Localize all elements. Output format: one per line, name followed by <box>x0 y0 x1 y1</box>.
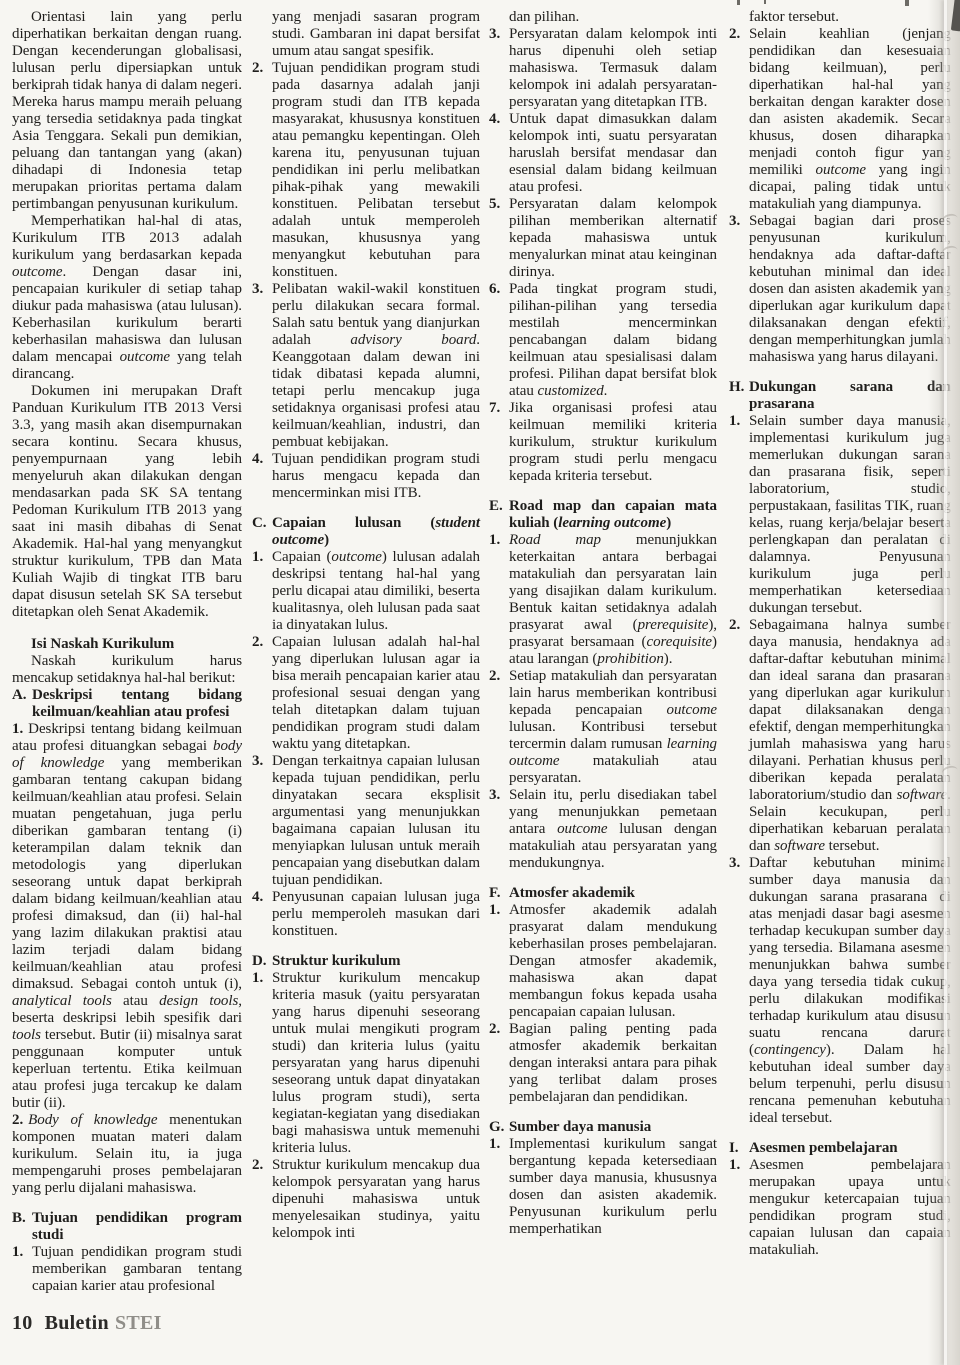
list-item: 2.Struktur kurikulum mencakup dua kelomp… <box>252 1157 480 1242</box>
item-number: 2. <box>489 668 500 685</box>
section-heading: C.Capaian lulusan (student outcome) <box>252 515 480 549</box>
list-item: 3.Dengan terkaitnya capaian lulusan kepa… <box>252 753 480 889</box>
item-number: 1. <box>12 721 28 737</box>
paragraph: Memperhatikan hal-hal di atas, Kurikulum… <box>12 213 242 383</box>
item-number: 2. <box>252 634 263 651</box>
block-text: Deskripsi tentang bidang keilmuan/keahli… <box>32 687 242 720</box>
item-number: 1. <box>729 413 740 430</box>
block-text: Struktur kurikulum <box>272 953 400 969</box>
item-number: 2. <box>252 60 263 77</box>
heading-label: C. <box>252 515 266 532</box>
item-number: 5. <box>489 196 500 213</box>
section-heading: F.Atmosfer akademik <box>489 885 717 902</box>
block-text: Tujuan pendidikan program studi harus me… <box>272 451 480 501</box>
list-item: 1.Atmosfer akademik adalah prasyarat dal… <box>489 902 717 1021</box>
list-item: 2.Capaian lulusan adalah hal-hal yang di… <box>252 634 480 753</box>
block-text: Sebagaimana halnya sumber daya manusia, … <box>749 617 951 854</box>
heading-label: E. <box>489 498 503 515</box>
block-text: yang menjadi sasaran program studi. Gamb… <box>272 9 480 59</box>
list-item: 3.Selain itu, perlu disediakan tabel yan… <box>489 787 717 872</box>
paragraph: Dokumen ini merupakan Draft Panduan Kuri… <box>12 383 242 621</box>
list-item: 2.Tujuan pendidikan program studi pada d… <box>252 60 480 281</box>
item-number: 2. <box>489 1021 500 1038</box>
item-number: 7. <box>489 400 500 417</box>
list-item: 2.Sebagaimana halnya sumber daya manusia… <box>729 617 951 855</box>
list-item: 1.Asesmen pembelajaran merupakan upaya u… <box>729 1157 951 1259</box>
heading-label: B. <box>12 1210 26 1227</box>
list-item: 3.Persyaratan dalam kelompok inti harus … <box>489 26 717 111</box>
block-text: Capaian lulusan (student outcome) <box>272 515 480 548</box>
item-number: 4. <box>252 889 263 906</box>
block-text: Asesmen pembelajaran <box>749 1140 898 1156</box>
scan-edge-highlight <box>944 0 947 1365</box>
block-text: Persyaratan dalam kelompok inti harus di… <box>509 26 717 110</box>
continuation-paragraph: faktor tersebut. <box>729 9 951 26</box>
footer-bulletin-suffix: STEI <box>115 1312 162 1334</box>
item-number: 2. <box>729 26 740 43</box>
block-text: Pelibatan wakil-wakil konstituen perlu d… <box>272 281 480 450</box>
text-column-4: faktor tersebut.2.Selain keahlian (jenja… <box>729 9 951 1259</box>
item-number: 2. <box>729 617 740 634</box>
scan-top-artifact <box>737 0 740 5</box>
section-heading: H.Dukungan sarana dan prasarana <box>729 379 951 413</box>
block-text: Setiap matakuliah dan persyaratan lain h… <box>509 668 717 786</box>
section-heading: D.Struktur kurikulum <box>252 953 480 970</box>
block-text: Bagian paling penting pada atmosfer akad… <box>509 1021 717 1105</box>
heading-label: D. <box>252 953 266 970</box>
item-number: 2. <box>252 1157 263 1174</box>
page-scan: Orientasi lain yang perlu diperhatikan b… <box>0 0 960 1365</box>
block-text: Atmosfer akademik <box>509 885 635 901</box>
block-text: Road map menunjukkan keterkaitan antara … <box>509 532 717 667</box>
block-text: Penyusunan capaian lulusan juga perlu me… <box>272 889 480 939</box>
item-number: 1. <box>489 1136 500 1153</box>
block-text: Tujuan pendidikan program studi memberik… <box>32 1244 242 1294</box>
footer: 10BuletinSTEI <box>12 1312 162 1335</box>
footer-bulletin-title: Buletin <box>45 1312 109 1334</box>
paragraph: Orientasi lain yang perlu diperhatikan b… <box>12 9 242 213</box>
block-text: Road map dan capaian mata kuliah (learni… <box>509 498 717 531</box>
section-heading: E.Road map dan capaian mata kuliah (lear… <box>489 498 717 532</box>
section-heading: G.Sumber daya manusia <box>489 1119 717 1136</box>
block-text: Sumber daya manusia <box>509 1119 651 1135</box>
section-subheading: Isi Naskah Kurikulum <box>12 636 242 653</box>
block-text: Persyaratan dalam kelompok pilihan membe… <box>509 196 717 280</box>
section-heading: A.Deskripsi tentang bidang keilmuan/keah… <box>12 687 242 721</box>
block-text: Dokumen ini merupakan Draft Panduan Kuri… <box>12 383 242 620</box>
heading-label: H. <box>729 379 744 396</box>
list-item: 4.Penyusunan capaian lulusan juga perlu … <box>252 889 480 940</box>
block-text: faktor tersebut. <box>749 9 839 25</box>
item-number: 1. <box>489 902 500 919</box>
list-item: 1.Implementasi kurikulum sangat bergantu… <box>489 1136 717 1238</box>
section-heading: I.Asesmen pembelajaran <box>729 1140 951 1157</box>
item-number: 4. <box>252 451 263 468</box>
item-number: 6. <box>489 281 500 298</box>
list-item: 1.Tujuan pendidikan program studi member… <box>12 1244 242 1295</box>
section-heading: B.Tujuan pendidikan program studi <box>12 1210 242 1244</box>
paragraph: Naskah kurikulum harus mencakup setidakn… <box>12 653 242 687</box>
block-text: Atmosfer akademik adalah prasyarat dalam… <box>509 902 717 1020</box>
item-number: 3. <box>252 753 263 770</box>
item-number: 3. <box>252 281 263 298</box>
block-text: Struktur kurikulum mencakup dua kelompok… <box>272 1157 480 1241</box>
block-text: Capaian lulusan adalah hal-hal yang dipe… <box>272 634 480 752</box>
block-text: Tujuan pendidikan program studi pada das… <box>272 60 480 280</box>
block-text: Struktur kurikulum mencakup kriteria mas… <box>272 970 480 1156</box>
list-item: 1.Deskripsi tentang bidang keilmuan atau… <box>12 721 242 1112</box>
heading-label: I. <box>729 1140 739 1157</box>
block-text: Naskah kurikulum harus mencakup setidakn… <box>12 653 242 686</box>
list-item: 6.Pada tingkat program studi, pilihan-pi… <box>489 281 717 400</box>
item-number: 1. <box>252 549 263 566</box>
continuation-paragraph: dan pilihan. <box>489 9 717 26</box>
item-number: 3. <box>729 213 740 230</box>
block-text: Asesmen pembelajaran merupakan upaya unt… <box>749 1157 951 1258</box>
scan-top-artifact <box>905 0 909 6</box>
block-text: Implementasi kurikulum sangat bergantung… <box>509 1136 717 1237</box>
list-item: 1.Selain sumber daya manusia, implementa… <box>729 413 951 617</box>
block-text: Daftar kebutuhan minimal sumber daya man… <box>749 855 951 1126</box>
block-text: Orientasi lain yang perlu diperhatikan b… <box>12 9 242 212</box>
block-text: Jika organisasi profesi atau keilmuan me… <box>509 400 717 484</box>
heading-label: G. <box>489 1119 504 1136</box>
list-item: 3.Pelibatan wakil-wakil konstituen perlu… <box>252 281 480 451</box>
list-item: 4.Untuk dapat dimasukkan dalam kelompok … <box>489 111 717 196</box>
block-text: Dukungan sarana dan prasarana <box>749 379 951 412</box>
block-text: Deskripsi tentang bidang keilmuan atau p… <box>12 721 242 1111</box>
list-item: 1.Road map menunjukkan keterkaitan antar… <box>489 532 717 668</box>
block-text: Sebagai bagian dari proses penyusunan ku… <box>749 213 951 365</box>
block-text: Selain sumber daya manusia, implementasi… <box>749 413 951 616</box>
list-item: 1.Capaian (outcome) lulusan adalah deskr… <box>252 549 480 634</box>
text-column-2: yang menjadi sasaran program studi. Gamb… <box>252 9 480 1242</box>
block-text: Capaian (outcome) lulusan adalah deskrip… <box>272 549 480 633</box>
list-item: 2.Body of knowledge menentukan komponen … <box>12 1112 242 1197</box>
continuation-paragraph: yang menjadi sasaran program studi. Gamb… <box>252 9 480 60</box>
item-number: 3. <box>729 855 740 872</box>
item-number: 1. <box>729 1157 740 1174</box>
list-item: 1.Struktur kurikulum mencakup kriteria m… <box>252 970 480 1157</box>
heading-label: A. <box>12 687 26 704</box>
block-text: Pada tingkat program studi, pilihan-pili… <box>509 281 717 399</box>
list-item: 5.Persyaratan dalam kelompok pilihan mem… <box>489 196 717 281</box>
scan-top-artifact <box>764 0 766 4</box>
item-number: 1. <box>12 1244 23 1261</box>
item-number: 1. <box>489 532 500 549</box>
list-item: 2.Setiap matakuliah dan persyaratan lain… <box>489 668 717 787</box>
list-item: 4.Tujuan pendidikan program studi harus … <box>252 451 480 502</box>
heading-label: F. <box>489 885 500 902</box>
block-text: Selain itu, perlu disediakan tabel yang … <box>509 787 717 871</box>
list-item: 3.Sebagai bagian dari proses penyusunan … <box>729 213 951 366</box>
block-text: Memperhatikan hal-hal di atas, Kurikulum… <box>12 213 242 382</box>
block-text: Tujuan pendidikan program studi <box>32 1210 242 1243</box>
list-item: 3.Daftar kebutuhan minimal sumber daya m… <box>729 855 951 1127</box>
text-column-3: dan pilihan.3.Persyaratan dalam kelompok… <box>489 9 717 1238</box>
block-text: Dengan terkaitnya capaian lulusan kepada… <box>272 753 480 888</box>
list-item: 7.Jika organisasi profesi atau keilmuan … <box>489 400 717 485</box>
block-text: Body of knowledge menentukan komponen mu… <box>12 1112 242 1196</box>
page-number: 10 <box>12 1312 33 1334</box>
block-text: Untuk dapat dimasukkan dalam kelompok in… <box>509 111 717 195</box>
list-item: 2.Bagian paling penting pada atmosfer ak… <box>489 1021 717 1106</box>
item-number: 1. <box>252 970 263 987</box>
item-number: 3. <box>489 787 500 804</box>
item-number: 4. <box>489 111 500 128</box>
block-text: Isi Naskah Kurikulum <box>31 636 174 652</box>
item-number: 2. <box>12 1112 28 1128</box>
block-text: Selain keahlian (jenjang pendidikan dan … <box>749 26 951 212</box>
list-item: 2.Selain keahlian (jenjang pendidikan da… <box>729 26 951 213</box>
text-column-1: Orientasi lain yang perlu diperhatikan b… <box>12 9 242 1295</box>
block-text: dan pilihan. <box>509 9 579 25</box>
item-number: 3. <box>489 26 500 43</box>
